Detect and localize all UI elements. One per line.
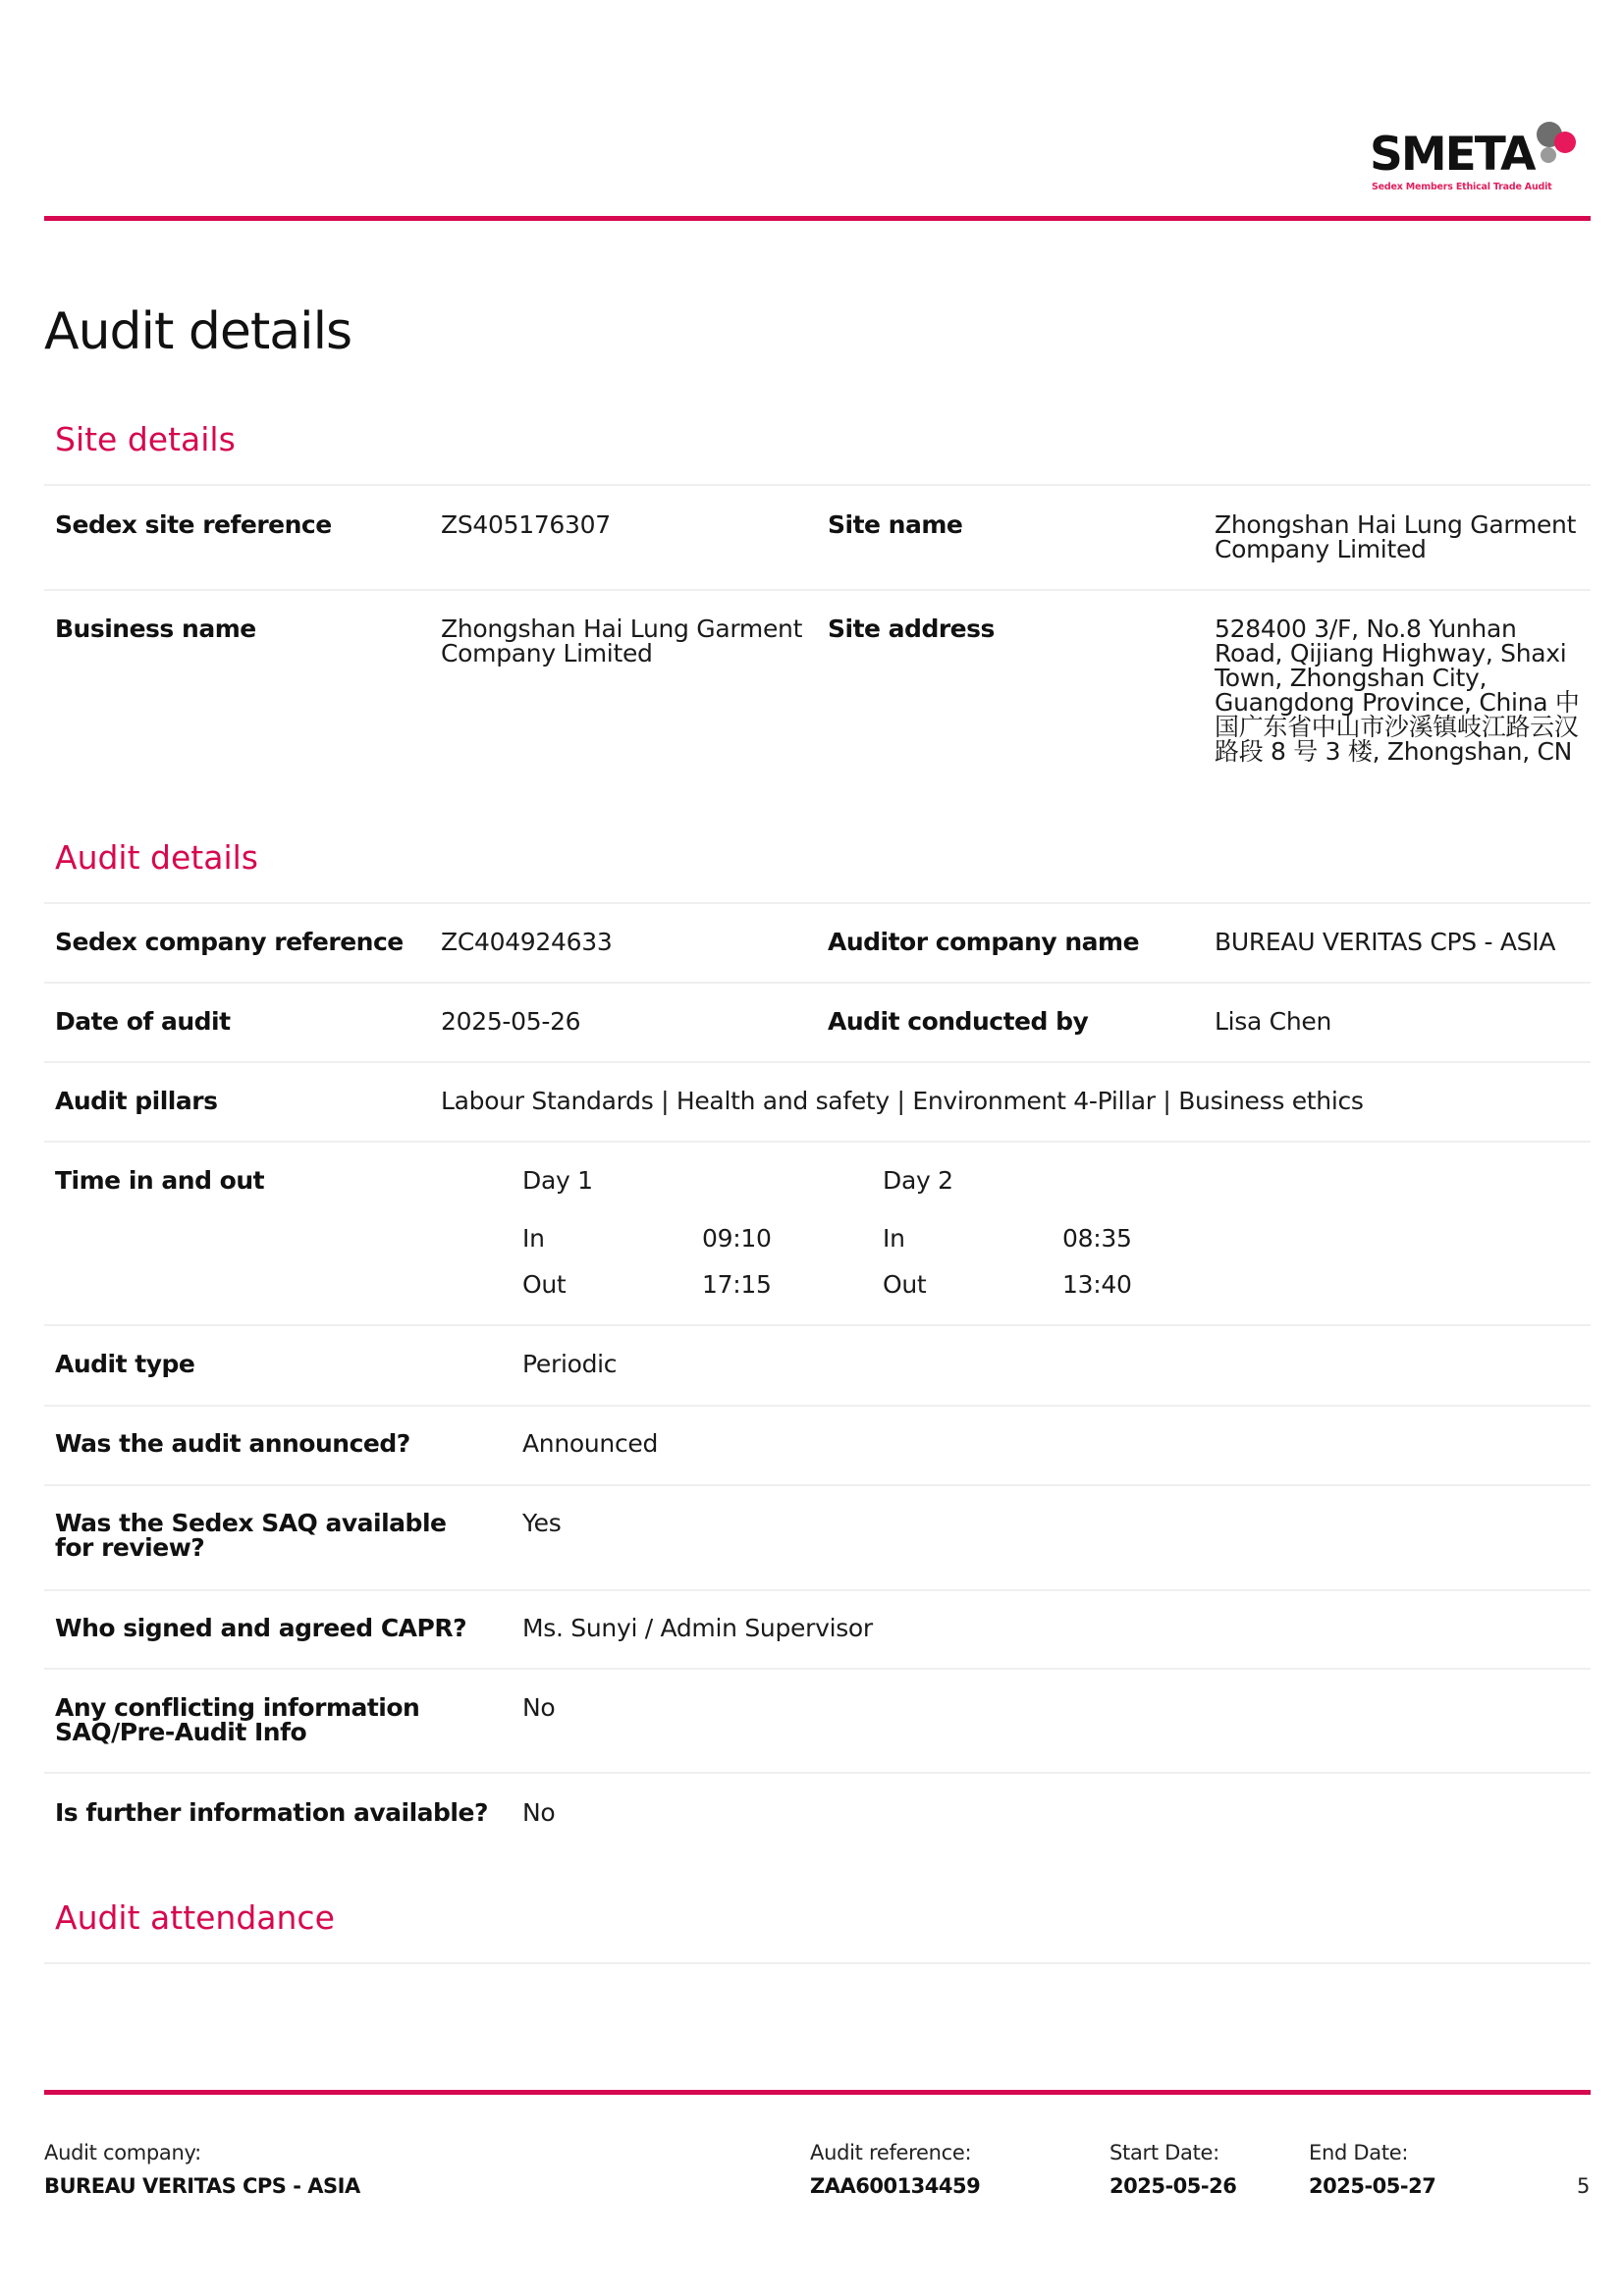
day-1-heading: Day 1 — [522, 1168, 593, 1193]
day-2-heading: Day 2 — [883, 1168, 953, 1193]
divider — [44, 1061, 1591, 1063]
label-sedex-company-reference: Sedex company reference — [55, 930, 404, 954]
label-further-info: Is further information available? — [55, 1800, 488, 1825]
value-site-name: Zhongshan Hai Lung Garment Company Limit… — [1215, 512, 1588, 561]
value-audit-type: Periodic — [522, 1352, 617, 1376]
footer-audit-company: BUREAU VERITAS CPS - ASIA — [44, 2174, 360, 2198]
divider — [44, 982, 1591, 984]
logo-text: SMETA — [1370, 128, 1535, 182]
day-1-in-time: 09:10 — [702, 1226, 772, 1251]
label-audit-pillars: Audit pillars — [55, 1089, 217, 1113]
label-date-of-audit: Date of audit — [55, 1009, 231, 1034]
footer-audit-reference-label: Audit reference: — [810, 2141, 971, 2164]
label-sedex-site-reference: Sedex site reference — [55, 512, 332, 537]
day-1-in-label: In — [522, 1226, 545, 1251]
divider — [44, 1962, 1591, 1964]
value-saq-available: Yes — [522, 1511, 561, 1535]
footer-start-date: 2025-05-26 — [1109, 2174, 1236, 2198]
label-announced: Was the audit announced? — [55, 1431, 410, 1456]
logo-dot-gray-small — [1541, 147, 1556, 163]
footer-end-date-label: End Date: — [1309, 2141, 1408, 2164]
value-auditor-company-name: BUREAU VERITAS CPS - ASIA — [1215, 930, 1555, 954]
day-2-in-time: 08:35 — [1062, 1226, 1132, 1251]
value-further-info: No — [522, 1800, 555, 1825]
smeta-logo: SMETA Sedex Members Ethical Trade Audit — [1370, 120, 1596, 198]
header-rule — [44, 216, 1591, 221]
value-sedex-company-reference: ZC404924633 — [441, 930, 612, 954]
divider — [44, 902, 1591, 904]
divider — [44, 1668, 1591, 1670]
day-2-out-time: 13:40 — [1062, 1272, 1132, 1297]
value-audit-conducted-by: Lisa Chen — [1215, 1009, 1331, 1034]
footer-start-date-label: Start Date: — [1109, 2141, 1219, 2164]
value-conflicting-info: No — [522, 1695, 555, 1720]
label-site-address: Site address — [828, 616, 995, 641]
label-time-in-out: Time in and out — [55, 1168, 264, 1193]
label-capr-signed: Who signed and agreed CAPR? — [55, 1616, 466, 1640]
section-title-site-details: Site details — [55, 420, 236, 458]
divider — [44, 589, 1591, 591]
footer-audit-reference: ZAA600134459 — [810, 2174, 980, 2198]
divider — [44, 1589, 1591, 1591]
divider — [44, 1324, 1591, 1326]
label-audit-type: Audit type — [55, 1352, 194, 1376]
footer-end-date: 2025-05-27 — [1309, 2174, 1435, 2198]
value-date-of-audit: 2025-05-26 — [441, 1009, 580, 1034]
label-conflicting-info: Any conflicting information SAQ/Pre-Audi… — [55, 1695, 497, 1744]
logo-dot-pink — [1554, 132, 1576, 153]
divider — [44, 484, 1591, 486]
value-announced: Announced — [522, 1431, 658, 1456]
day-2-out-label: Out — [883, 1272, 926, 1297]
day-1-out-label: Out — [522, 1272, 566, 1297]
value-capr-signed: Ms. Sunyi / Admin Supervisor — [522, 1616, 873, 1640]
page-title: Audit details — [44, 302, 352, 361]
section-title-audit-details: Audit details — [55, 838, 258, 877]
value-site-address: 528400 3/F, No.8 Yunhan Road, Qijiang Hi… — [1215, 616, 1588, 764]
logo-tagline: Sedex Members Ethical Trade Audit — [1372, 182, 1552, 192]
divider — [44, 1772, 1591, 1774]
value-business-name: Zhongshan Hai Lung Garment Company Limit… — [441, 616, 814, 666]
label-business-name: Business name — [55, 616, 256, 641]
divider — [44, 1405, 1591, 1407]
value-audit-pillars: Labour Standards | Health and safety | E… — [441, 1089, 1364, 1113]
page-number: 5 — [1577, 2174, 1590, 2198]
day-2-in-label: In — [883, 1226, 905, 1251]
day-1-out-time: 17:15 — [702, 1272, 772, 1297]
divider — [44, 1484, 1591, 1486]
value-sedex-site-reference: ZS405176307 — [441, 512, 611, 537]
section-title-audit-attendance: Audit attendance — [55, 1898, 335, 1937]
label-saq-available: Was the Sedex SAQ available for review? — [55, 1511, 467, 1560]
label-auditor-company-name: Auditor company name — [828, 930, 1139, 954]
footer-rule — [44, 2090, 1591, 2095]
label-audit-conducted-by: Audit conducted by — [828, 1009, 1088, 1034]
footer-audit-company-label: Audit company: — [44, 2141, 201, 2164]
label-site-name: Site name — [828, 512, 962, 537]
divider — [44, 1141, 1591, 1143]
